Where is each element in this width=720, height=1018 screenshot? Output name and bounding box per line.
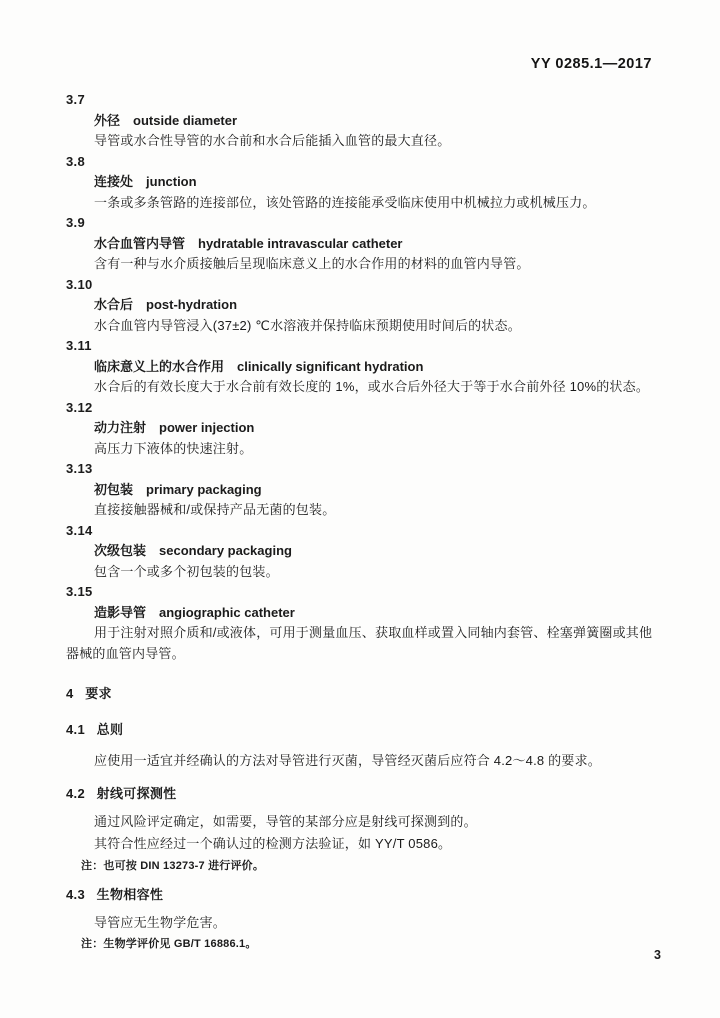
term-english: power injection: [159, 420, 254, 435]
clause-paragraph: 通过风险评定确定，如需要，导管的某部分应是射线可探测到的。: [66, 812, 660, 833]
term-english: secondary packaging: [159, 543, 292, 558]
definition-text: 水合后的有效长度大于水合前有效长度的 1%，或水合后外径大于等于水合前外径 10…: [66, 377, 660, 398]
clause-title: 生物相容性: [97, 887, 164, 902]
term-line: 临床意义上的水合作用clinically significant hydrati…: [94, 357, 660, 378]
clause-number: 3.12: [66, 398, 660, 419]
clause-number: 4.2: [66, 786, 85, 801]
section-title: 要求: [85, 686, 112, 701]
term-english: outside diameter: [133, 113, 237, 128]
clause-number: 3.11: [66, 336, 660, 357]
clause-number: 3.7: [66, 90, 660, 111]
term-chinese: 动力注射: [94, 420, 146, 435]
definition-3-12: 3.12 动力注射power injection 高压力下液体的快速注射。: [66, 398, 660, 460]
definition-3-14: 3.14 次级包装secondary packaging 包含一个或多个初包装的…: [66, 521, 660, 583]
clause-note: 注：生物学评价见 GB/T 16886.1。: [81, 934, 660, 954]
subsection-4-2-heading: 4.2射线可探测性: [66, 784, 660, 805]
term-line: 初包装primary packaging: [94, 480, 660, 501]
clause-number: 3.10: [66, 275, 660, 296]
term-chinese: 初包装: [94, 482, 133, 497]
clause-paragraph: 应使用一适宜并经确认的方法对导管进行灭菌，导管经灭菌后应符合 4.2～4.8 的…: [66, 751, 660, 772]
definition-text: 包含一个或多个初包装的包装。: [66, 562, 660, 583]
term-chinese: 外径: [94, 113, 120, 128]
definition-3-8: 3.8 连接处junction 一条或多条管路的连接部位，该处管路的连接能承受临…: [66, 152, 660, 214]
page-number: 3: [654, 948, 661, 962]
subsection-4-3-heading: 4.3生物相容性: [66, 885, 660, 906]
term-english: junction: [146, 174, 197, 189]
term-line: 造影导管angiographic catheter: [94, 603, 660, 624]
clause-number: 3.13: [66, 459, 660, 480]
term-line: 水合后post-hydration: [94, 295, 660, 316]
term-line: 外径outside diameter: [94, 111, 660, 132]
section-4-heading: 4要求: [66, 684, 660, 705]
definition-3-11: 3.11 临床意义上的水合作用clinically significant hy…: [66, 336, 660, 398]
term-line: 次级包装secondary packaging: [94, 541, 660, 562]
standard-code-header: YY 0285.1—2017: [531, 56, 652, 72]
term-english: hydratable intravascular catheter: [198, 236, 402, 251]
subsection-4-1-heading: 4.1总则: [66, 720, 660, 741]
definition-3-13: 3.13 初包装primary packaging 直接接触器械和/或保持产品无…: [66, 459, 660, 521]
term-chinese: 造影导管: [94, 605, 146, 620]
section-number: 4: [66, 686, 74, 701]
clause-number: 3.14: [66, 521, 660, 542]
definition-3-7: 3.7 外径outside diameter 导管或水合性导管的水合前和水合后能…: [66, 90, 660, 152]
clause-title: 射线可探测性: [97, 786, 177, 801]
definition-text: 直接接触器械和/或保持产品无菌的包装。: [66, 500, 660, 521]
definition-3-10: 3.10 水合后post-hydration 水合血管内导管浸入(37±2) ℃…: [66, 275, 660, 337]
clause-number: 4.3: [66, 887, 85, 902]
definition-3-15: 3.15 造影导管angiographic catheter 用于注射对照介质和…: [66, 582, 660, 664]
clause-note: 注：也可按 DIN 13273-7 进行评价。: [81, 856, 660, 876]
term-english: post-hydration: [146, 297, 237, 312]
term-chinese: 次级包装: [94, 543, 146, 558]
term-english: primary packaging: [146, 482, 262, 497]
term-chinese: 连接处: [94, 174, 133, 189]
clause-number: 3.15: [66, 582, 660, 603]
term-chinese: 临床意义上的水合作用: [94, 359, 224, 374]
term-english: angiographic catheter: [159, 605, 295, 620]
page-content: 3.7 外径outside diameter 导管或水合性导管的水合前和水合后能…: [66, 90, 660, 954]
definition-text: 用于注射对照介质和/或液体，可用于测量血压、获取血样或置入同轴内套管、栓塞弹簧圈…: [66, 623, 660, 664]
clause-title: 总则: [97, 722, 124, 737]
term-line: 动力注射power injection: [94, 418, 660, 439]
document-page: YY 0285.1—2017 3.7 外径outside diameter 导管…: [0, 0, 720, 1018]
definition-text: 含有一种与水介质接触后呈现临床意义上的水合作用的材料的血管内导管。: [66, 254, 660, 275]
definition-text: 高压力下液体的快速注射。: [66, 439, 660, 460]
term-line: 连接处junction: [94, 172, 660, 193]
term-chinese: 水合血管内导管: [94, 236, 185, 251]
definition-text: 水合血管内导管浸入(37±2) ℃水溶液并保持临床预期使用时间后的状态。: [66, 316, 660, 337]
term-english: clinically significant hydration: [237, 359, 423, 374]
clause-paragraph: 导管应无生物学危害。: [66, 913, 660, 934]
clause-paragraph: 其符合性应经过一个确认过的检测方法验证，如 YY/T 0586。: [66, 834, 660, 855]
term-line: 水合血管内导管hydratable intravascular catheter: [94, 234, 660, 255]
clause-number: 3.8: [66, 152, 660, 173]
definition-text: 一条或多条管路的连接部位，该处管路的连接能承受临床使用中机械拉力或机械压力。: [66, 193, 660, 214]
clause-number: 3.9: [66, 213, 660, 234]
term-chinese: 水合后: [94, 297, 133, 312]
definition-3-9: 3.9 水合血管内导管hydratable intravascular cath…: [66, 213, 660, 275]
clause-number: 4.1: [66, 722, 85, 737]
definition-text: 导管或水合性导管的水合前和水合后能插入血管的最大直径。: [66, 131, 660, 152]
